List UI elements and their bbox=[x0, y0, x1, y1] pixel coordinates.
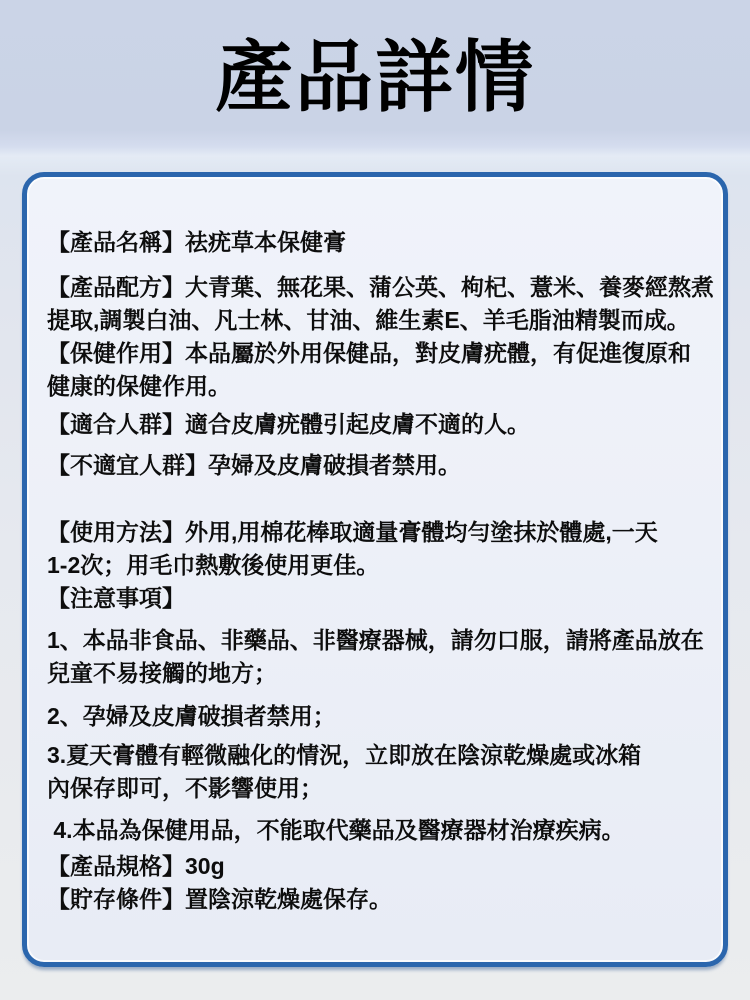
usage-line-1: 【使用方法】外用,用棉花棒取適量膏體均勻塗抹於體處,一天 bbox=[47, 516, 703, 549]
section-unsuitable-group: 【不適宜人群】孕婦及皮膚破損者禁用。 bbox=[47, 449, 703, 482]
section-notice-title: 【注意事項】 bbox=[47, 582, 703, 615]
notice-2-line: 2、孕婦及皮膚破損者禁用； bbox=[47, 700, 703, 733]
product-detail-page: 產品詳情 【產品名稱】祛疣草本保健膏 【產品配方】大青葉、無花果、蒲公英、枸杞、… bbox=[0, 0, 750, 1000]
section-product-name: 【產品名稱】祛疣草本保健膏 bbox=[47, 226, 703, 259]
suitable-group-line: 【適合人群】適合皮膚疣體引起皮膚不適的人。 bbox=[47, 408, 703, 441]
notice-1-line-2: 兒童不易接觸的地方； bbox=[47, 657, 703, 690]
section-storage: 【貯存條件】置陰涼乾燥處保存。 bbox=[47, 883, 703, 916]
section-notice-2: 2、孕婦及皮膚破損者禁用； bbox=[47, 700, 703, 733]
function-line-1: 【保健作用】本品屬於外用保健品，對皮膚疣體，有促進復原和 bbox=[47, 337, 703, 370]
notice-title-line: 【注意事項】 bbox=[47, 582, 703, 615]
formula-line-2: 提取,調製白油、凡士林、甘油、維生素E、羊毛脂油精製而成。 bbox=[47, 304, 703, 337]
section-formula-and-function: 【產品配方】大青葉、無花果、蒲公英、枸杞、薏米、養麥經熬煮 提取,調製白油、凡士… bbox=[47, 271, 703, 403]
spec-line: 【產品規格】30g bbox=[47, 850, 703, 883]
notice-3-line-2: 內保存即可，不影響使用； bbox=[47, 772, 703, 805]
notice-1-line-1: 1、本品非食品、非藥品、非醫療器械，請勿口服，請將產品放在 bbox=[47, 624, 703, 657]
function-line-2: 健康的保健作用。 bbox=[47, 370, 703, 403]
section-spec: 【產品規格】30g bbox=[47, 850, 703, 883]
unsuitable-group-line: 【不適宜人群】孕婦及皮膚破損者禁用。 bbox=[47, 449, 703, 482]
notice-3-line-1: 3.夏天膏體有輕微融化的情況，立即放在陰涼乾燥處或冰箱 bbox=[47, 739, 703, 772]
page-title: 產品詳情 bbox=[0, 0, 750, 116]
notice-4-line: 4.本品為保健用品，不能取代藥品及醫療器材治療疾病。 bbox=[47, 814, 703, 847]
product-name-line: 【產品名稱】祛疣草本保健膏 bbox=[47, 226, 703, 259]
section-notice-3: 3.夏天膏體有輕微融化的情況，立即放在陰涼乾燥處或冰箱 內保存即可，不影響使用； bbox=[47, 739, 703, 805]
product-detail-panel: 【產品名稱】祛疣草本保健膏 【產品配方】大青葉、無花果、蒲公英、枸杞、薏米、養麥… bbox=[22, 172, 728, 967]
section-notice-1: 1、本品非食品、非藥品、非醫療器械，請勿口服，請將產品放在 兒童不易接觸的地方； bbox=[47, 624, 703, 690]
section-suitable-group: 【適合人群】適合皮膚疣體引起皮膚不適的人。 bbox=[47, 408, 703, 441]
section-usage: 【使用方法】外用,用棉花棒取適量膏體均勻塗抹於體處,一天 1-2次；用毛巾熱敷後… bbox=[47, 516, 703, 582]
storage-line: 【貯存條件】置陰涼乾燥處保存。 bbox=[47, 883, 703, 916]
section-notice-4: 4.本品為保健用品，不能取代藥品及醫療器材治療疾病。 bbox=[47, 814, 703, 847]
usage-line-2: 1-2次；用毛巾熱敷後使用更佳。 bbox=[47, 549, 703, 582]
formula-line-1: 【產品配方】大青葉、無花果、蒲公英、枸杞、薏米、養麥經熬煮 bbox=[47, 271, 703, 304]
